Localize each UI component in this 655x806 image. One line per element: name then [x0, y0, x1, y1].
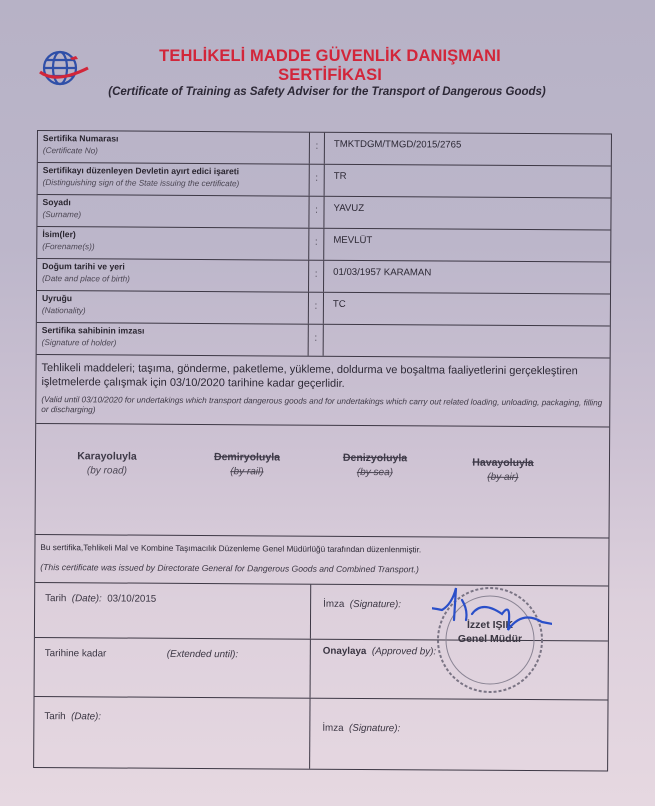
mode-label: Denizyoluyla [320, 452, 430, 465]
nationality-value: TC [324, 293, 610, 326]
issued-by-section: Bu sertifika,Tehlikeli Mal ve Kombine Ta… [35, 535, 608, 586]
field-label-en: (Signature of holder) [42, 338, 303, 349]
transport-modes: Karayoluyla (by road) Demiryoluyla (by r… [36, 424, 610, 538]
holder-signature-value [324, 325, 610, 358]
ministry-globe-logo-icon [36, 46, 92, 90]
signature2-cell: İmza (Signature): [310, 699, 607, 771]
field-label: İsim(ler) [42, 229, 303, 241]
field-row-nationality: Uyruğu(Nationality) : TC [37, 291, 610, 326]
signature-row-1: Tarih (Date): 03/10/2015 İmza (Signature… [35, 583, 608, 641]
certificate-number-value: TMKTDGM/TMGD/2015/2765 [325, 133, 611, 166]
approved-by-cell: Onaylaya (Approved by): [311, 640, 608, 700]
issue-date-value: 03/10/2015 [107, 593, 156, 604]
colon: : [309, 229, 324, 260]
field-label: Soyadı [43, 197, 304, 209]
issued-by-text: Bu sertifika,Tehlikeli Mal ve Kombine Ta… [40, 543, 603, 555]
field-row-holder-signature: Sertifika sahibinin imzası(Signature of … [37, 323, 610, 358]
colon: : [309, 197, 324, 228]
date2-cell: Tarih (Date): [34, 697, 310, 769]
field-label: Sertifikayı düzenleyen Devletin ayırt ed… [43, 165, 304, 177]
colon: : [309, 293, 324, 324]
mode-label: Havayoluyla [448, 457, 558, 470]
field-label: Sertifika sahibinin imzası [42, 325, 303, 337]
date2-label-en: (Date): [71, 711, 101, 722]
field-label: Sertifika Numarası [43, 133, 304, 145]
field-row-surname: Soyadı(Surname) : YAVUZ [37, 195, 610, 230]
extended-label: Tarihine kadar [45, 648, 107, 659]
mode-label-en: (by rail) [192, 466, 302, 478]
validity-section: Tehlikeli maddeleri; taşıma, gönderme, p… [36, 355, 609, 427]
colon: : [309, 325, 324, 356]
date2-label: Tarih [44, 711, 65, 722]
state-sign-value: TR [325, 165, 611, 198]
field-row-certificate-no: Sertifika Numarası(Certificate No) : TMK… [38, 131, 611, 166]
surname-value: YAVUZ [324, 197, 610, 230]
forename-value: MEVLÜT [324, 229, 610, 262]
validity-text: Tehlikeli maddeleri; taşıma, gönderme, p… [41, 361, 604, 392]
validity-text-en: (Valid until 03/10/2020 for undertakings… [41, 395, 604, 418]
field-label-en: (Distinguishing sign of the State issuin… [43, 178, 304, 189]
mode-road: Karayoluyla (by road) [52, 450, 162, 477]
extended-label-en: (Extended until): [167, 649, 238, 660]
field-row-birth: Doğum tarihi ve yeri(Date and place of b… [37, 259, 610, 294]
mode-label-en: (by air) [448, 472, 558, 484]
signature-label-en: (Signature): [350, 599, 401, 610]
mode-air: Havayoluyla (by air) [448, 457, 558, 484]
field-row-state-sign: Sertifikayı düzenleyen Devletin ayırt ed… [38, 163, 611, 198]
date-label-en: (Date): [72, 593, 102, 604]
signature2-label-en: (Signature): [349, 723, 400, 734]
mode-sea: Denizyoluyla (by sea) [320, 452, 430, 479]
certificate-table: Sertifika Numarası(Certificate No) : TMK… [33, 130, 612, 772]
issue-date-cell: Tarih (Date): 03/10/2015 [35, 583, 311, 639]
field-row-forename: İsim(ler)(Forename(s)) : MEVLÜT [37, 227, 610, 262]
mode-label: Demiryoluyla [192, 451, 302, 464]
colon: : [310, 165, 325, 196]
field-label: Uyruğu [42, 293, 303, 305]
approved-label-en: (Approved by): [372, 646, 436, 657]
signature-cell: İmza (Signature): [311, 585, 608, 641]
field-label-en: (Nationality) [42, 306, 303, 317]
certificate-subtitle: (Certificate of Training as Safety Advis… [92, 86, 562, 98]
colon: : [310, 133, 325, 164]
field-label-en: (Surname) [42, 210, 303, 221]
signature2-label: İmza [322, 723, 343, 734]
issued-by-text-en: (This certificate was issued by Director… [40, 562, 603, 575]
signature-row-2: Tarihine kadar (Extended until): Onaylay… [35, 638, 608, 700]
field-label-en: (Date and place of birth) [42, 274, 303, 285]
extended-until-cell: Tarihine kadar (Extended until): [35, 638, 311, 698]
colon: : [309, 261, 324, 292]
mode-rail: Demiryoluyla (by rail) [192, 451, 302, 478]
signature-label: İmza [323, 599, 344, 610]
mode-label: Karayoluyla [52, 450, 162, 463]
certificate-title-line1: TEHLİKELİ MADDE GÜVENLİK DANIŞMANI [120, 47, 540, 66]
mode-label-en: (by sea) [320, 467, 430, 479]
birth-value: 01/03/1957 KARAMAN [324, 261, 610, 294]
mode-label-en: (by road) [52, 465, 162, 477]
approved-label: Onaylaya [323, 646, 367, 657]
certificate-title-line2: SERTİFİKASI [120, 66, 540, 85]
field-label-en: (Certificate No) [43, 146, 304, 157]
field-label-en: (Forename(s)) [42, 242, 303, 253]
field-label: Doğum tarihi ve yeri [42, 261, 303, 273]
date-label: Tarih [45, 593, 66, 604]
signature-row-3: Tarih (Date): İmza (Signature): [34, 697, 607, 770]
